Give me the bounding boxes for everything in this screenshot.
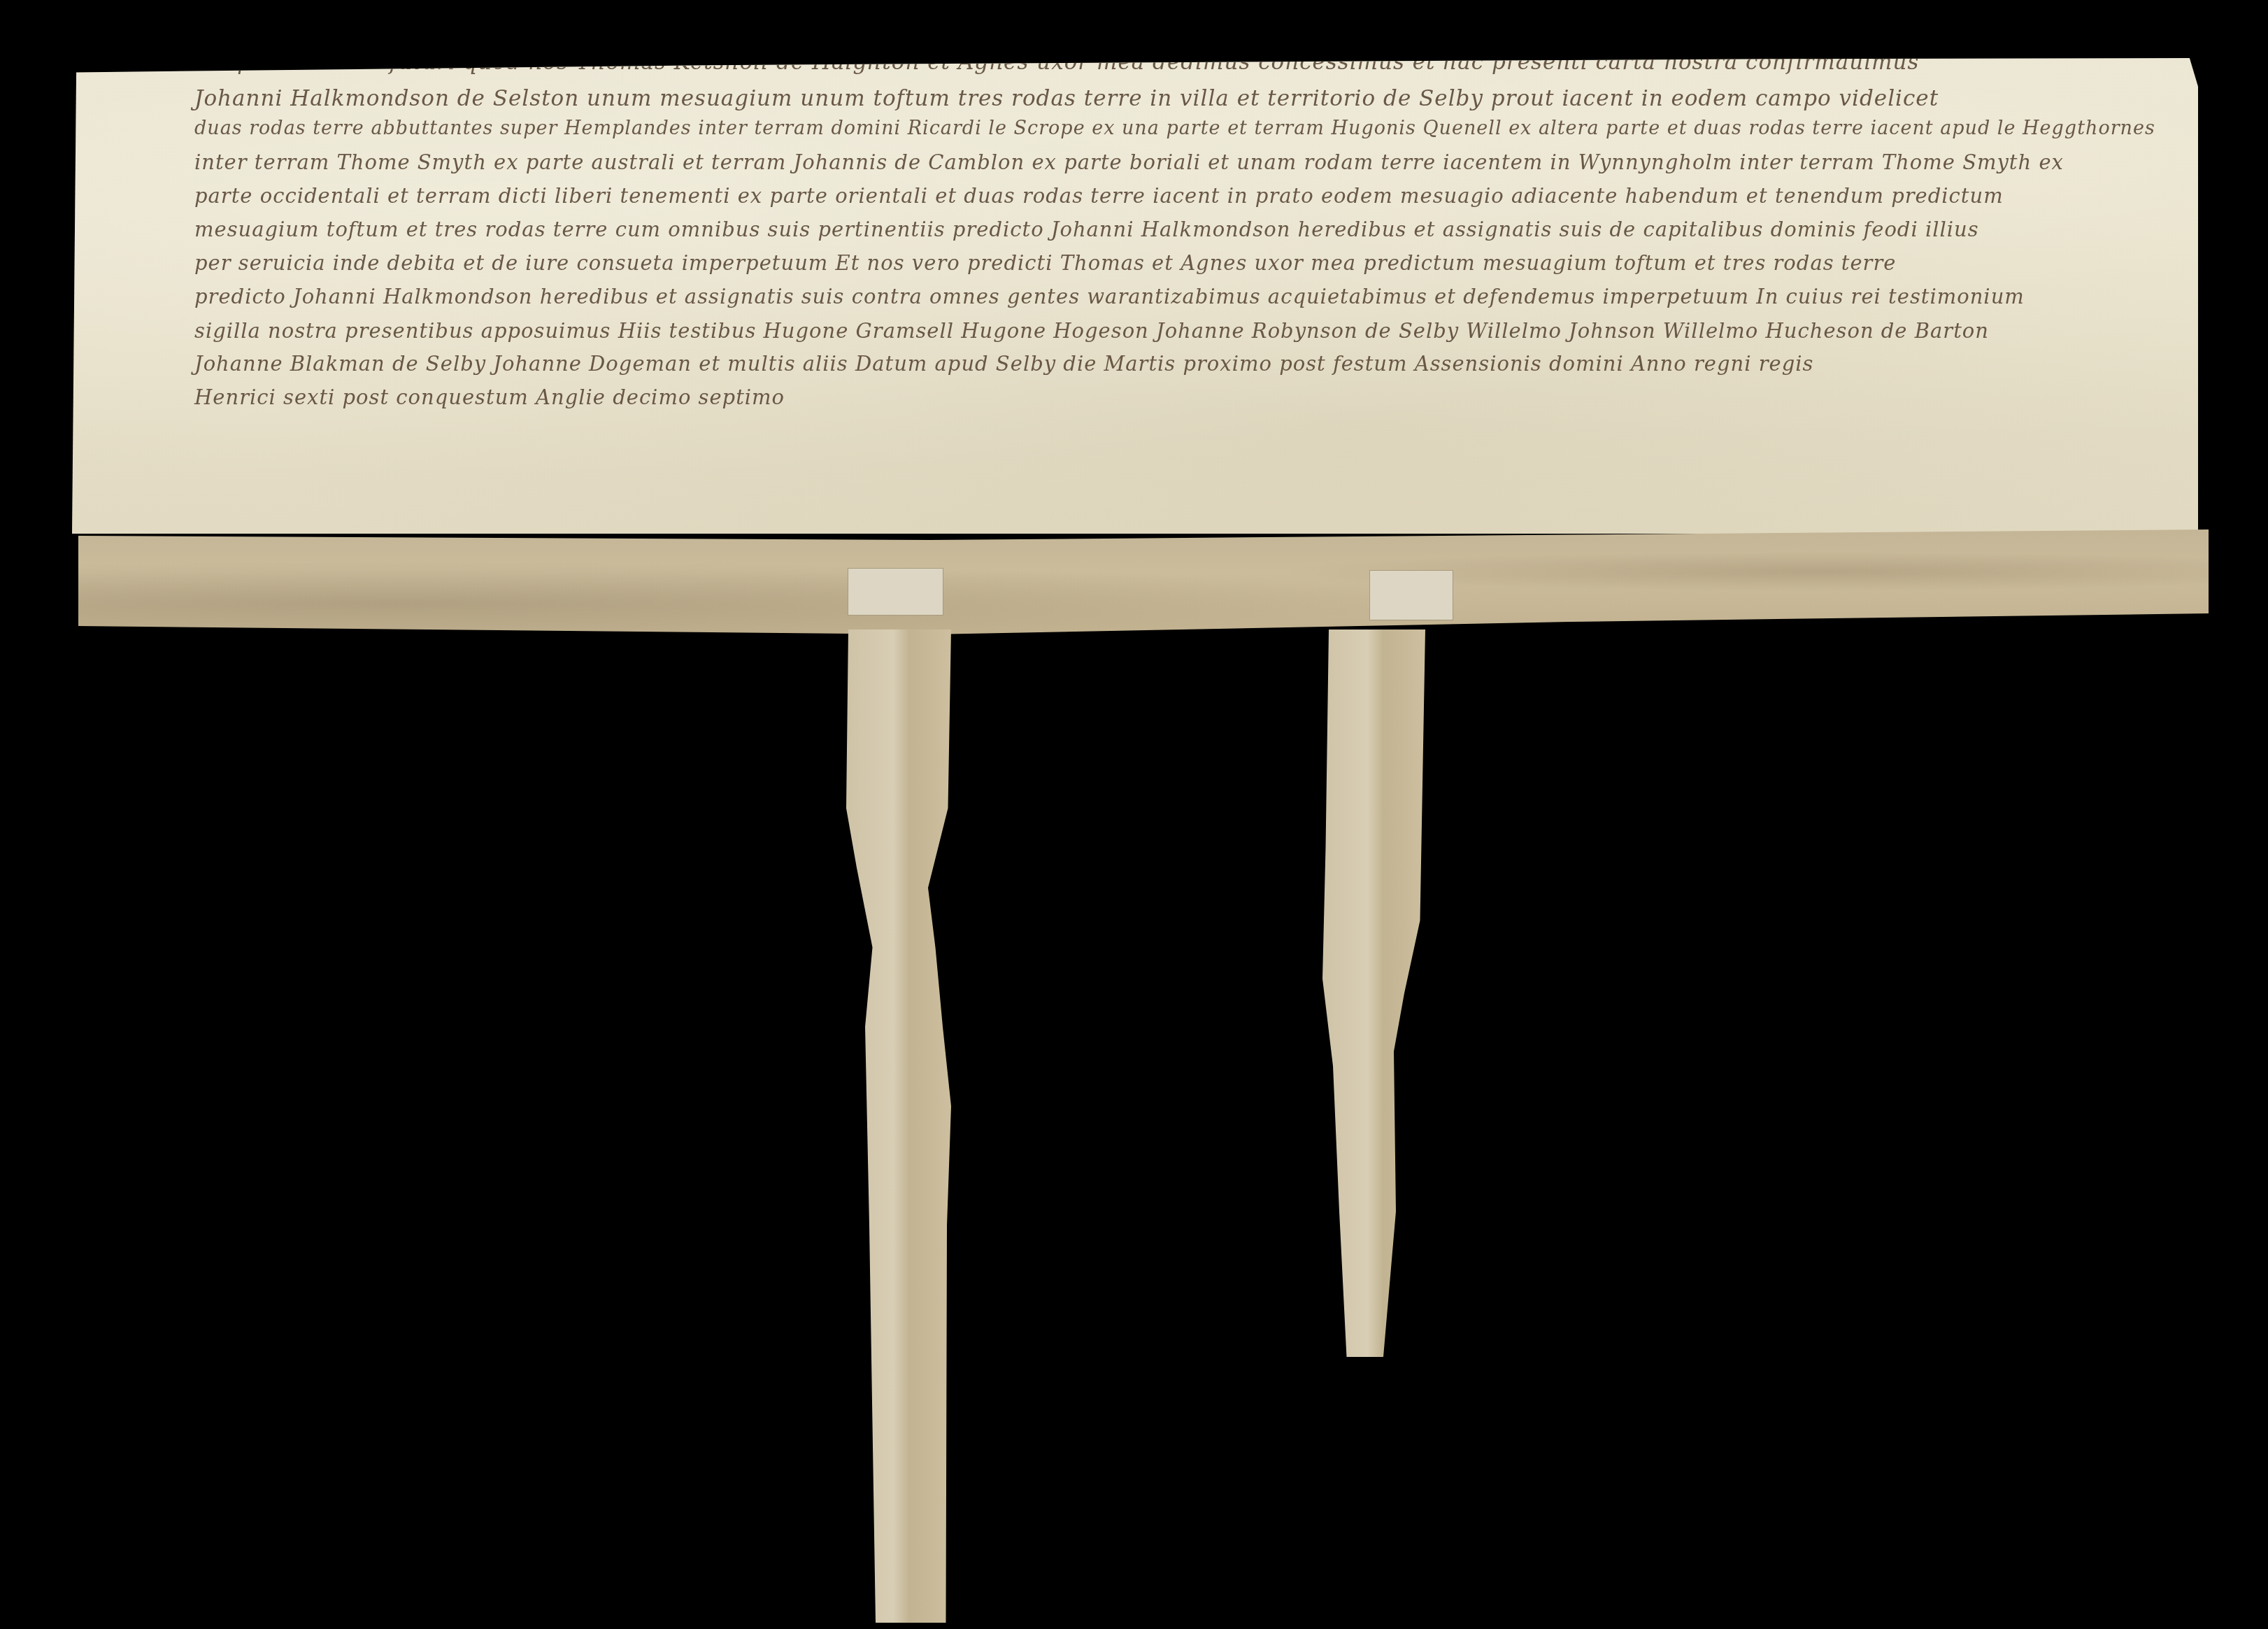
left-seal-tag	[846, 629, 951, 1623]
charter-plica-fold	[78, 529, 2209, 634]
text-line-3: duas rodas terre abbuttantes super Hempl…	[194, 118, 2155, 139]
left-tag-slot-patch	[848, 568, 943, 616]
text-line-9: sigilla nostra presentibus apposuimus Hi…	[194, 319, 1989, 343]
text-line-5: parte occidentali et terram dicti liberi…	[194, 184, 2004, 208]
charter-parchment: Sciant presentes et futuri quod nos Thom…	[72, 58, 2198, 534]
text-line-8: predicto Johanni Halkmondson heredibus e…	[194, 285, 2025, 308]
right-seal-tag	[1320, 629, 1425, 1357]
text-line-2: Johanni Halkmondson de Selston unum mesu…	[194, 86, 1939, 111]
right-tag-slot-patch	[1369, 570, 1453, 620]
text-line-4: inter terram Thome Smyth ex parte austra…	[194, 150, 2064, 174]
text-line-1: Sciant presentes et futuri quod nos Thom…	[156, 50, 1919, 75]
text-line-10: Johanne Blakman de Selby Johanne Dogeman…	[194, 352, 1813, 376]
charter-text: Sciant presentes et futuri quod nos Thom…	[72, 58, 2198, 534]
text-line-7: per seruicia inde debita et de iure cons…	[194, 251, 1897, 275]
text-line-11: Henrici sexti post conquestum Anglie dec…	[194, 385, 785, 409]
text-line-6: mesuagium toftum et tres rodas terre cum…	[194, 218, 1979, 241]
